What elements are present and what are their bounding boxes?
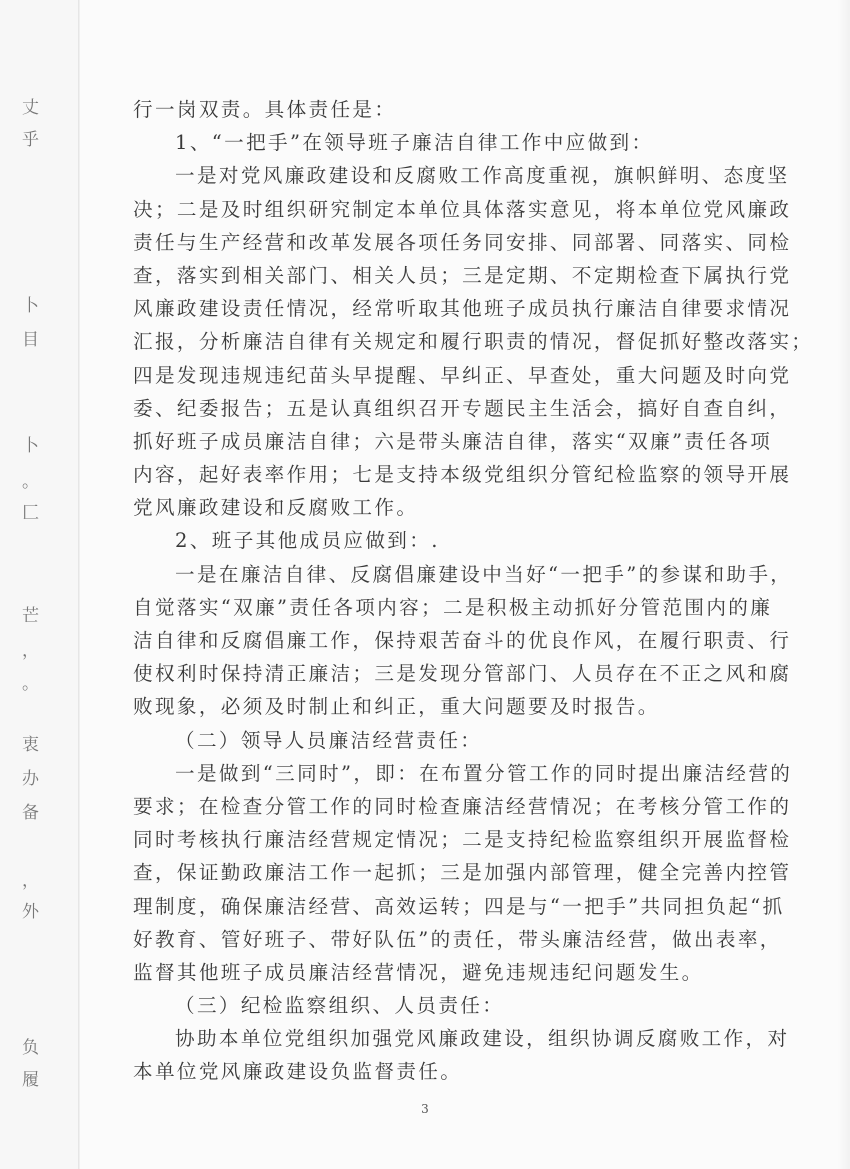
text-line: 2、班子其他成员应做到：. [133,524,763,557]
text-line: 理制度，确保廉洁经营、高效运转；四是与“一把手”共同担负起“抓 [133,890,763,923]
text-line: 抓好班子成员廉洁自律；六是带头廉洁自律，落实“双廉”责任各项 [133,425,763,458]
text-line: 好教育、管好班子、带好队伍”的责任，带头廉洁经营，做出表率， [133,923,763,956]
margin-char: 乎 [22,132,39,149]
text-line: 监督其他班子成员廉洁经营情况，避免违规违纪问题发生。 [133,956,763,989]
margin-char: ， [22,873,39,890]
text-line: 查，保证勤政廉洁工作一起抓；三是加强内部管理，健全完善内控管 [133,856,763,889]
text-line: 同时考核执行廉洁经营规定情况；二是支持纪检监察组织开展监督检 [133,823,763,856]
text-line: 行一岗双责。具体责任是： [133,93,763,126]
text-line: 自觉落实“双廉”责任各项内容；二是积极主动抓好分管范围内的廉 [133,591,763,624]
text-line: 查，落实到相关部门、相关人员；三是定期、不定期检查下属执行党 [133,259,763,292]
margin-char: 芒 [22,608,39,625]
margin-char: 备 [22,805,39,822]
margin-char: 衷 [22,737,39,754]
page-fold-shadow [78,0,80,1169]
text-line: 决；二是及时组织研究制定本单位具体落实意见，将本单位党风廉政 [133,193,763,226]
margin-char: 目 [22,332,39,349]
text-line: 委、纪委报告；五是认真组织召开专题民主生活会，搞好自查自纠， [133,392,763,425]
margin-char: 履 [22,1072,39,1089]
text-line: 责任与生产经营和改革发展各项任务同安排、同部署、同落实、同检 [133,226,763,259]
margin-char: 卜 [22,438,39,455]
margin-char: ， [22,643,39,660]
margin-char: 外 [22,904,39,921]
previous-page-margin [0,0,78,1169]
text-line: 败现象，必须及时制止和纠正，重大问题要及时报告。 [133,690,763,723]
text-line: 本单位党风廉政建设负监督责任。 [133,1055,763,1088]
text-line: 一是做到“三同时”，即：在布置分管工作的同时提出廉洁经营的 [133,757,763,790]
text-line: 使权利时保持清正廉洁；三是发现分管部门、人员存在不正之风和腐 [133,657,763,690]
text-line: 洁自律和反腐倡廉工作，保持艰苦奋斗的优良作风，在履行职责、行 [133,624,763,657]
margin-char: 匚 [22,505,39,522]
margin-char: 负 [22,1040,39,1057]
text-line: 汇报，分析廉洁自律有关规定和履行职责的情况，督促抓好整改落实； [133,325,763,358]
text-line: 一是对党风廉政建设和反腐败工作高度重视，旗帜鲜明、态度坚 [133,159,763,192]
page-number: 3 [0,1102,850,1116]
margin-char: 丈 [22,100,39,117]
document-body: 行一岗双责。具体责任是：1、“一把手”在领导班子廉洁自律工作中应做到：一是对党风… [133,93,763,1089]
text-line: 1、“一把手”在领导班子廉洁自律工作中应做到： [133,126,763,159]
text-line: （三）纪检监察组织、人员责任： [133,989,763,1022]
text-line: 风廉政建设责任情况，经常听取其他班子成员执行廉洁自律要求情况 [133,292,763,325]
text-line: 要求；在检查分管工作的同时检查廉洁经营情况；在考核分管工作的 [133,790,763,823]
page-right-edge [838,0,850,1169]
margin-char: 。 [22,474,39,491]
margin-char: 卜 [22,298,39,315]
text-line: 党风廉政建设和反腐败工作。 [133,491,763,524]
text-line: 内容，起好表率作用；七是支持本级党组织分管纪检监察的领导开展 [133,458,763,491]
margin-char: 办 [22,771,39,788]
text-line: （二）领导人员廉洁经营责任： [133,724,763,757]
text-line: 协助本单位党组织加强党风廉政建设，组织协调反腐败工作，对 [133,1022,763,1055]
margin-char: 。 [22,676,39,693]
text-line: 一是在廉洁自律、反腐倡廉建设中当好“一把手”的参谋和助手， [133,558,763,591]
text-line: 四是发现违规违纪苗头早提醒、早纠正、早查处，重大问题及时向党 [133,359,763,392]
